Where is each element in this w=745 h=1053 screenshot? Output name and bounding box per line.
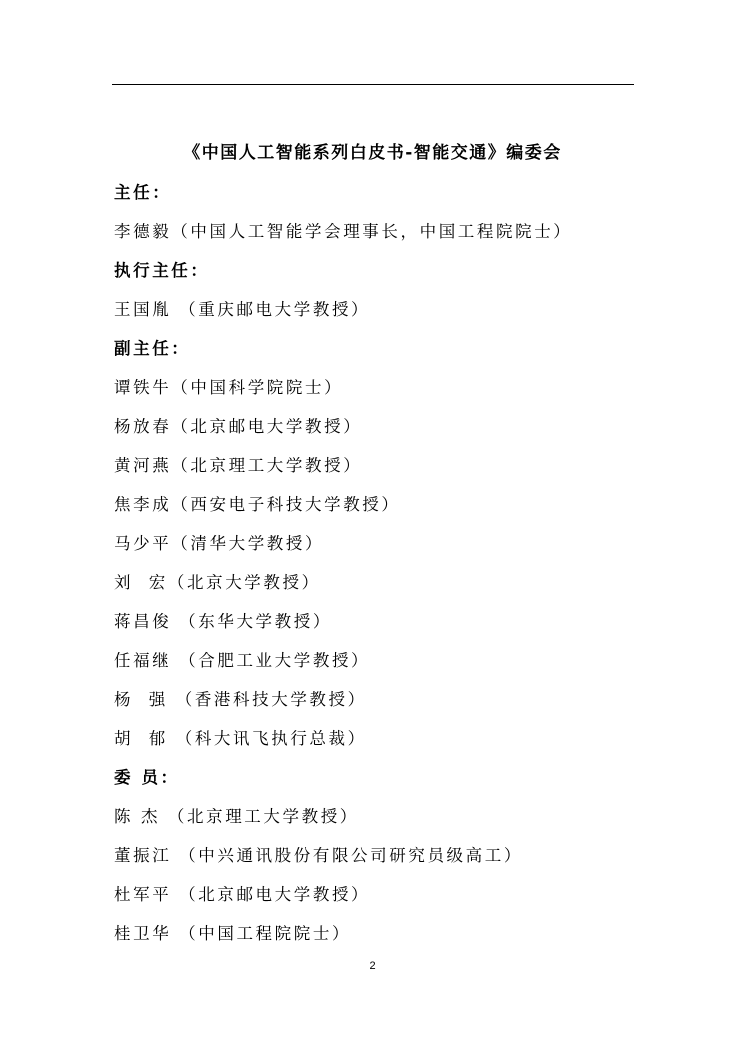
section-heading-members: 委 员： xyxy=(114,764,180,788)
member-line: 马少平（清华大学教授） xyxy=(114,530,324,554)
section-heading-executive-director: 执行主任： xyxy=(114,257,210,281)
member-line: 黄河燕（北京理工大学教授） xyxy=(114,452,362,476)
document-title: 《中国人工智能系列白皮书-智能交通》编委会 xyxy=(0,138,745,163)
member-line: 胡 郁 （科大讯飞执行总裁） xyxy=(114,725,367,749)
member-line: 焦李成（西安电子科技大学教授） xyxy=(114,491,401,515)
member-line: 杨放春（北京邮电大学教授） xyxy=(114,413,362,437)
member-line: 任福继 （合肥工业大学教授） xyxy=(114,647,370,671)
member-line: 刘 宏（北京大学教授） xyxy=(114,569,321,593)
member-line: 杜军平 （北京邮电大学教授） xyxy=(114,881,370,905)
member-line: 董振江 （中兴通讯股份有限公司研究员级高工） xyxy=(114,842,523,866)
member-line: 李德毅（中国人工智能学会理事长，中国工程院院士） xyxy=(114,218,572,242)
member-line: 杨 强 （香港科技大学教授） xyxy=(114,686,367,710)
member-line: 谭铁牛（中国科学院院士） xyxy=(114,374,343,398)
header-rule xyxy=(112,84,634,85)
section-heading-deputy-directors: 副主任： xyxy=(114,335,190,359)
member-line: 桂卫华 （中国工程院院士） xyxy=(114,920,351,944)
member-line: 陈 杰 （北京理工大学教授） xyxy=(114,803,359,827)
member-line: 王国胤 （重庆邮电大学教授） xyxy=(114,296,370,320)
page-number: 2 xyxy=(0,960,745,972)
section-heading-director: 主任： xyxy=(114,179,171,203)
member-line: 蒋昌俊 （东华大学教授） xyxy=(114,608,332,632)
